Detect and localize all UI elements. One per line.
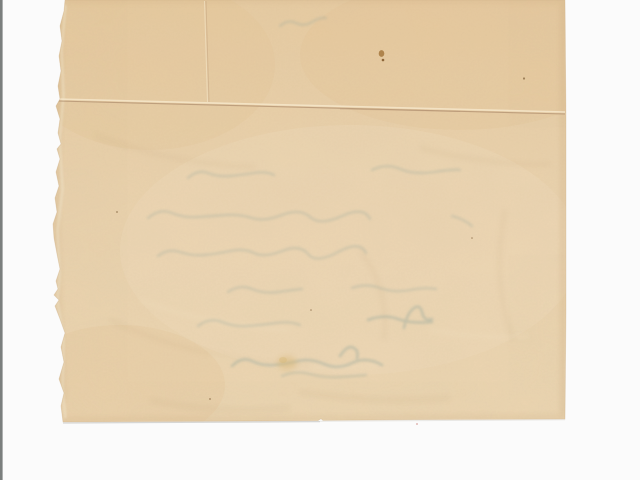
paper-speck <box>310 309 312 311</box>
yellow-stain-core <box>279 357 287 363</box>
scanned-letter-image <box>0 0 640 480</box>
paper-speck <box>116 211 118 213</box>
brown-spot-drip <box>382 59 385 62</box>
scanner-edge-strip <box>0 0 3 480</box>
paper-speck <box>523 77 525 79</box>
paper-grain-texture <box>48 0 572 426</box>
brown-spot <box>379 50 385 57</box>
paper-speck <box>471 237 473 239</box>
scan-viewport <box>0 0 640 480</box>
paper-speck <box>209 398 211 400</box>
pink-speck <box>416 423 418 425</box>
